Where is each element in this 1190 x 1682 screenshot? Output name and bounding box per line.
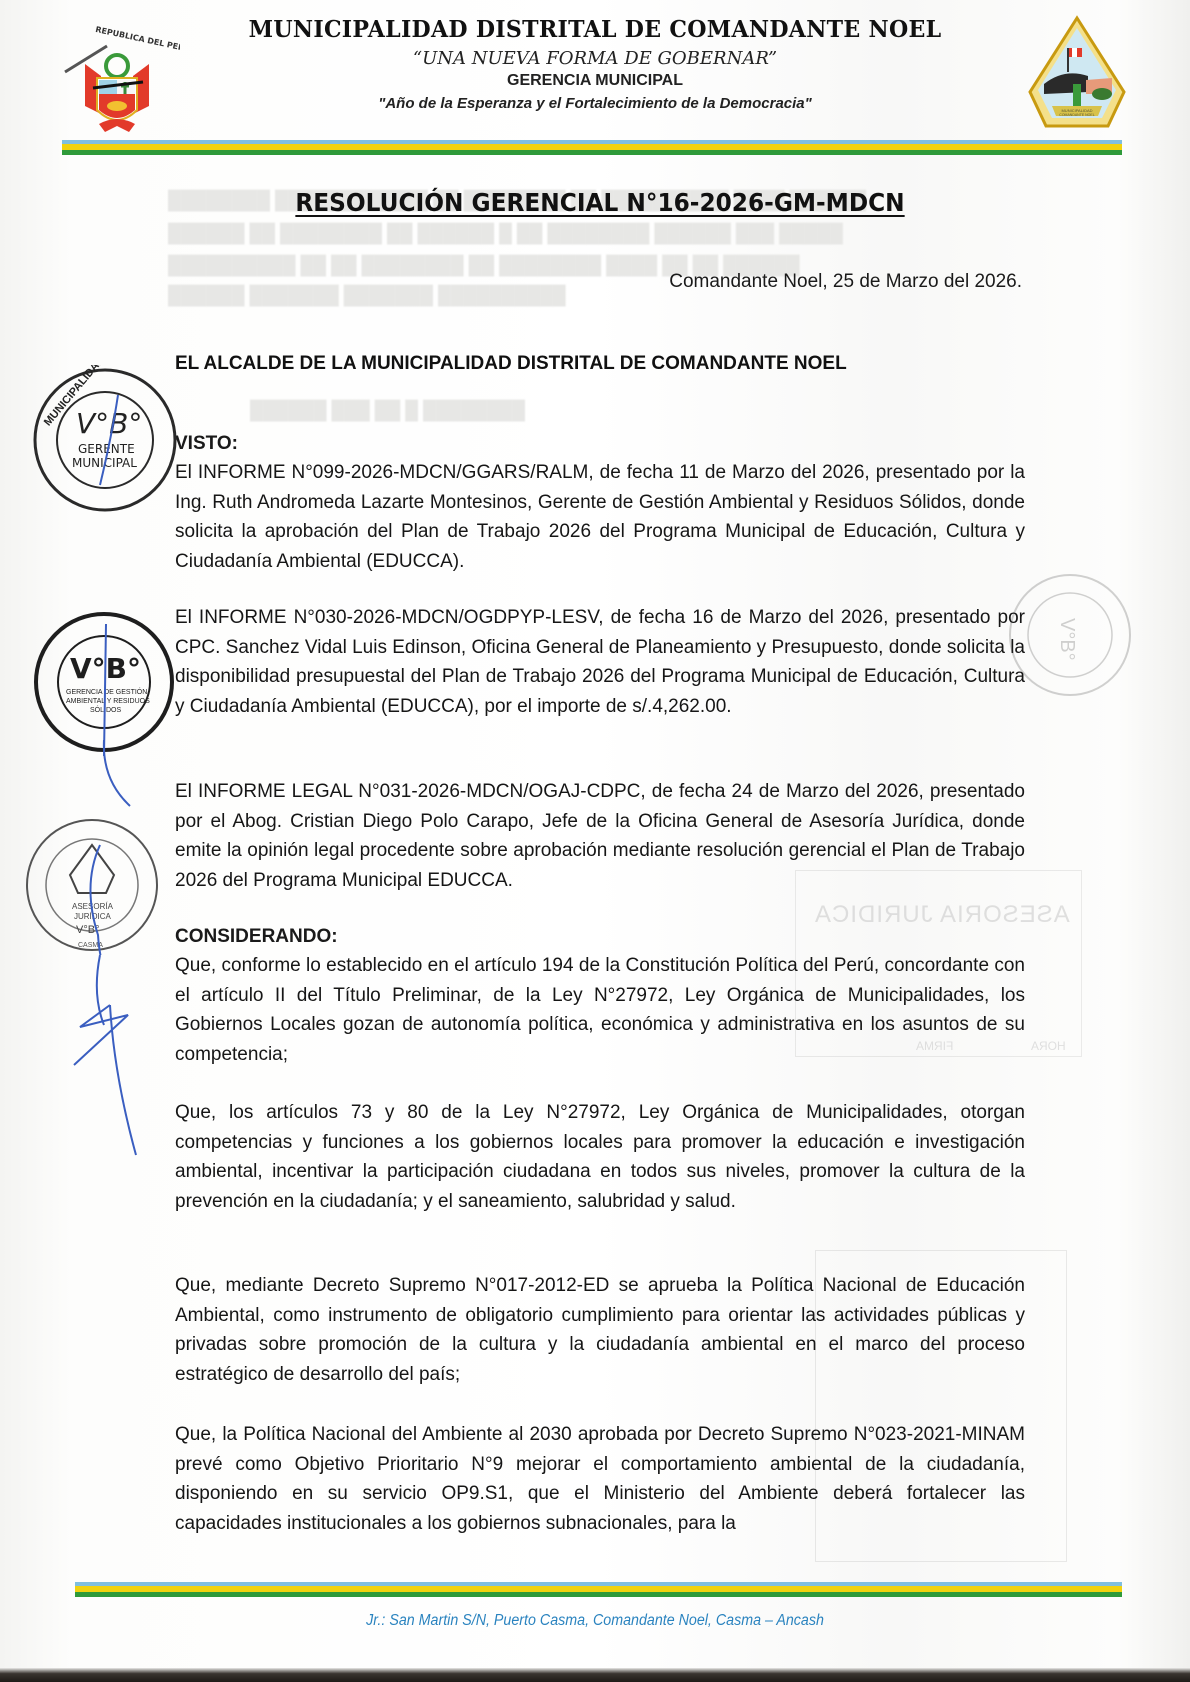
considerando-heading: CONSIDERANDO: bbox=[175, 926, 338, 948]
vobo-asesoria-juridica-stamp: ASESORÍA JURÍDICA V°B° CASMA bbox=[22, 815, 162, 955]
bleed-through-text: ██████ ██ ████████ ██ ██████ █ ██ ██████… bbox=[168, 218, 843, 248]
signature-scribble bbox=[70, 955, 150, 1165]
header-tricolor-stripe bbox=[62, 140, 1122, 155]
svg-text:COMANDANTE NOEL: COMANDANTE NOEL bbox=[1059, 113, 1094, 117]
place-and-date: Comandante Noel, 25 de Marzo del 2026. bbox=[669, 271, 1022, 293]
signature-line bbox=[70, 740, 140, 810]
svg-text:REPUBLICA DEL PERU: REPUBLICA DEL PERU bbox=[95, 25, 180, 54]
faded-receipt-stamp: ASESORIA JURIDICA FIRMA HORA bbox=[795, 870, 1082, 1057]
footer-address: Jr.: San Martin S/N, Puerto Casma, Coman… bbox=[48, 1612, 1143, 1630]
municipality-name: MUNICIPALIDAD DISTRITAL DE COMANDANTE NO… bbox=[216, 16, 974, 43]
footer-tricolor-stripe bbox=[75, 1582, 1122, 1597]
receipt-label: ASESORIA JURIDICA bbox=[814, 901, 1070, 929]
bleed-through-text: ██████ ███████ ███████ ██████████ bbox=[168, 280, 566, 310]
svg-text:V°B°: V°B° bbox=[1056, 618, 1078, 661]
considerando-paragraph: Que, los artículos 73 y 80 de la Ley N°2… bbox=[175, 1098, 1025, 1216]
peru-coat-of-arms-icon: REPUBLICA DEL PERU bbox=[55, 14, 180, 139]
district-logo-icon: MUNICIPALIDAD COMANDANTE NOEL bbox=[1018, 14, 1136, 132]
resolution-title: RESOLUCIÓN GERENCIAL N°16-2026-GM-MDCN bbox=[191, 188, 1009, 217]
faded-reception-box bbox=[815, 1250, 1067, 1562]
visto-paragraph: El INFORME N°030-2026-MDCN/OGDPYP-LESV, … bbox=[175, 603, 1025, 721]
vobo-gerente-municipal-stamp: V°B° GERENTE MUNICIPAL MUNICIPALIDAD bbox=[30, 365, 180, 515]
scan-edge bbox=[0, 1668, 1190, 1682]
issuing-authority: EL ALCALDE DE LA MUNICIPALIDAD DISTRITAL… bbox=[175, 353, 847, 375]
svg-text:V°B°: V°B° bbox=[76, 407, 142, 440]
svg-text:AMBIENTAL Y RESIDUOS: AMBIENTAL Y RESIDUOS bbox=[66, 698, 150, 705]
department-name: GERENCIA MUNICIPAL bbox=[200, 72, 990, 90]
svg-text:GERENCIA DE GESTIÓN: GERENCIA DE GESTIÓN bbox=[66, 687, 147, 696]
visto-paragraph: El INFORME N°099-2026-MDCN/GGARS/RALM, d… bbox=[175, 458, 1025, 576]
receipt-time-label: HORA bbox=[1031, 1039, 1066, 1053]
visto-heading: VISTO: bbox=[175, 433, 238, 455]
vobo-gestion-ambiental-stamp: V°B° GERENCIA DE GESTIÓN AMBIENTAL Y RES… bbox=[30, 608, 178, 756]
faded-circular-stamp: V°B° bbox=[1005, 570, 1135, 700]
municipality-motto: “UNA NUEVA FORMA DE GOBERNAR” bbox=[200, 48, 990, 69]
year-name: "Año de la Esperanza y el Fortalecimient… bbox=[200, 95, 990, 112]
bleed-through-text: ██████ ███ ██ █ ████████ bbox=[250, 395, 525, 425]
receipt-sign-label: FIRMA bbox=[916, 1039, 953, 1053]
